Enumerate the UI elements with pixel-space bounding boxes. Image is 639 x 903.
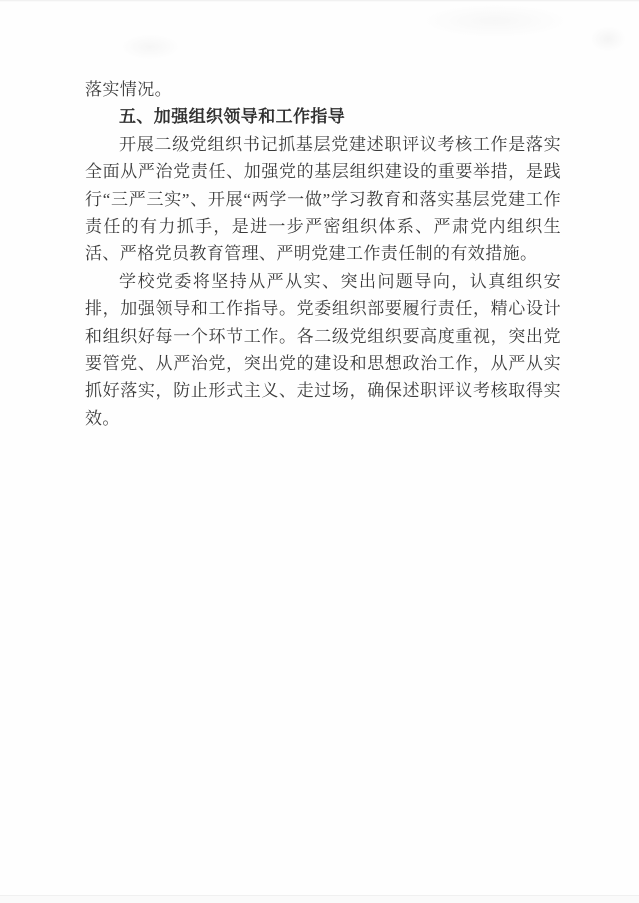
scan-edge-top xyxy=(0,0,639,2)
scan-artifact xyxy=(590,26,626,52)
paragraph: 开展二级党组织书记抓基层党建述职评议考核工作是落实全面从严治党责任、加强党的基层… xyxy=(85,131,561,268)
section-heading: 五、加强组织领导和工作指导 xyxy=(85,103,561,130)
document-content: 落实情况。 五、加强组织领导和工作指导 开展二级党组织书记抓基层党建述职评议考核… xyxy=(85,76,561,432)
paragraph-continuation: 落实情况。 xyxy=(85,76,561,103)
paragraph: 学校党委将坚持从严从实、突出问题导向，认真组织安排，加强领导和工作指导。党委组织… xyxy=(85,268,561,432)
scan-artifact xyxy=(120,34,180,60)
scan-edge-bottom xyxy=(0,895,639,903)
scan-artifact xyxy=(420,4,570,38)
document-page: 落实情况。 五、加强组织领导和工作指导 开展二级党组织书记抓基层党建述职评议考核… xyxy=(0,0,639,903)
